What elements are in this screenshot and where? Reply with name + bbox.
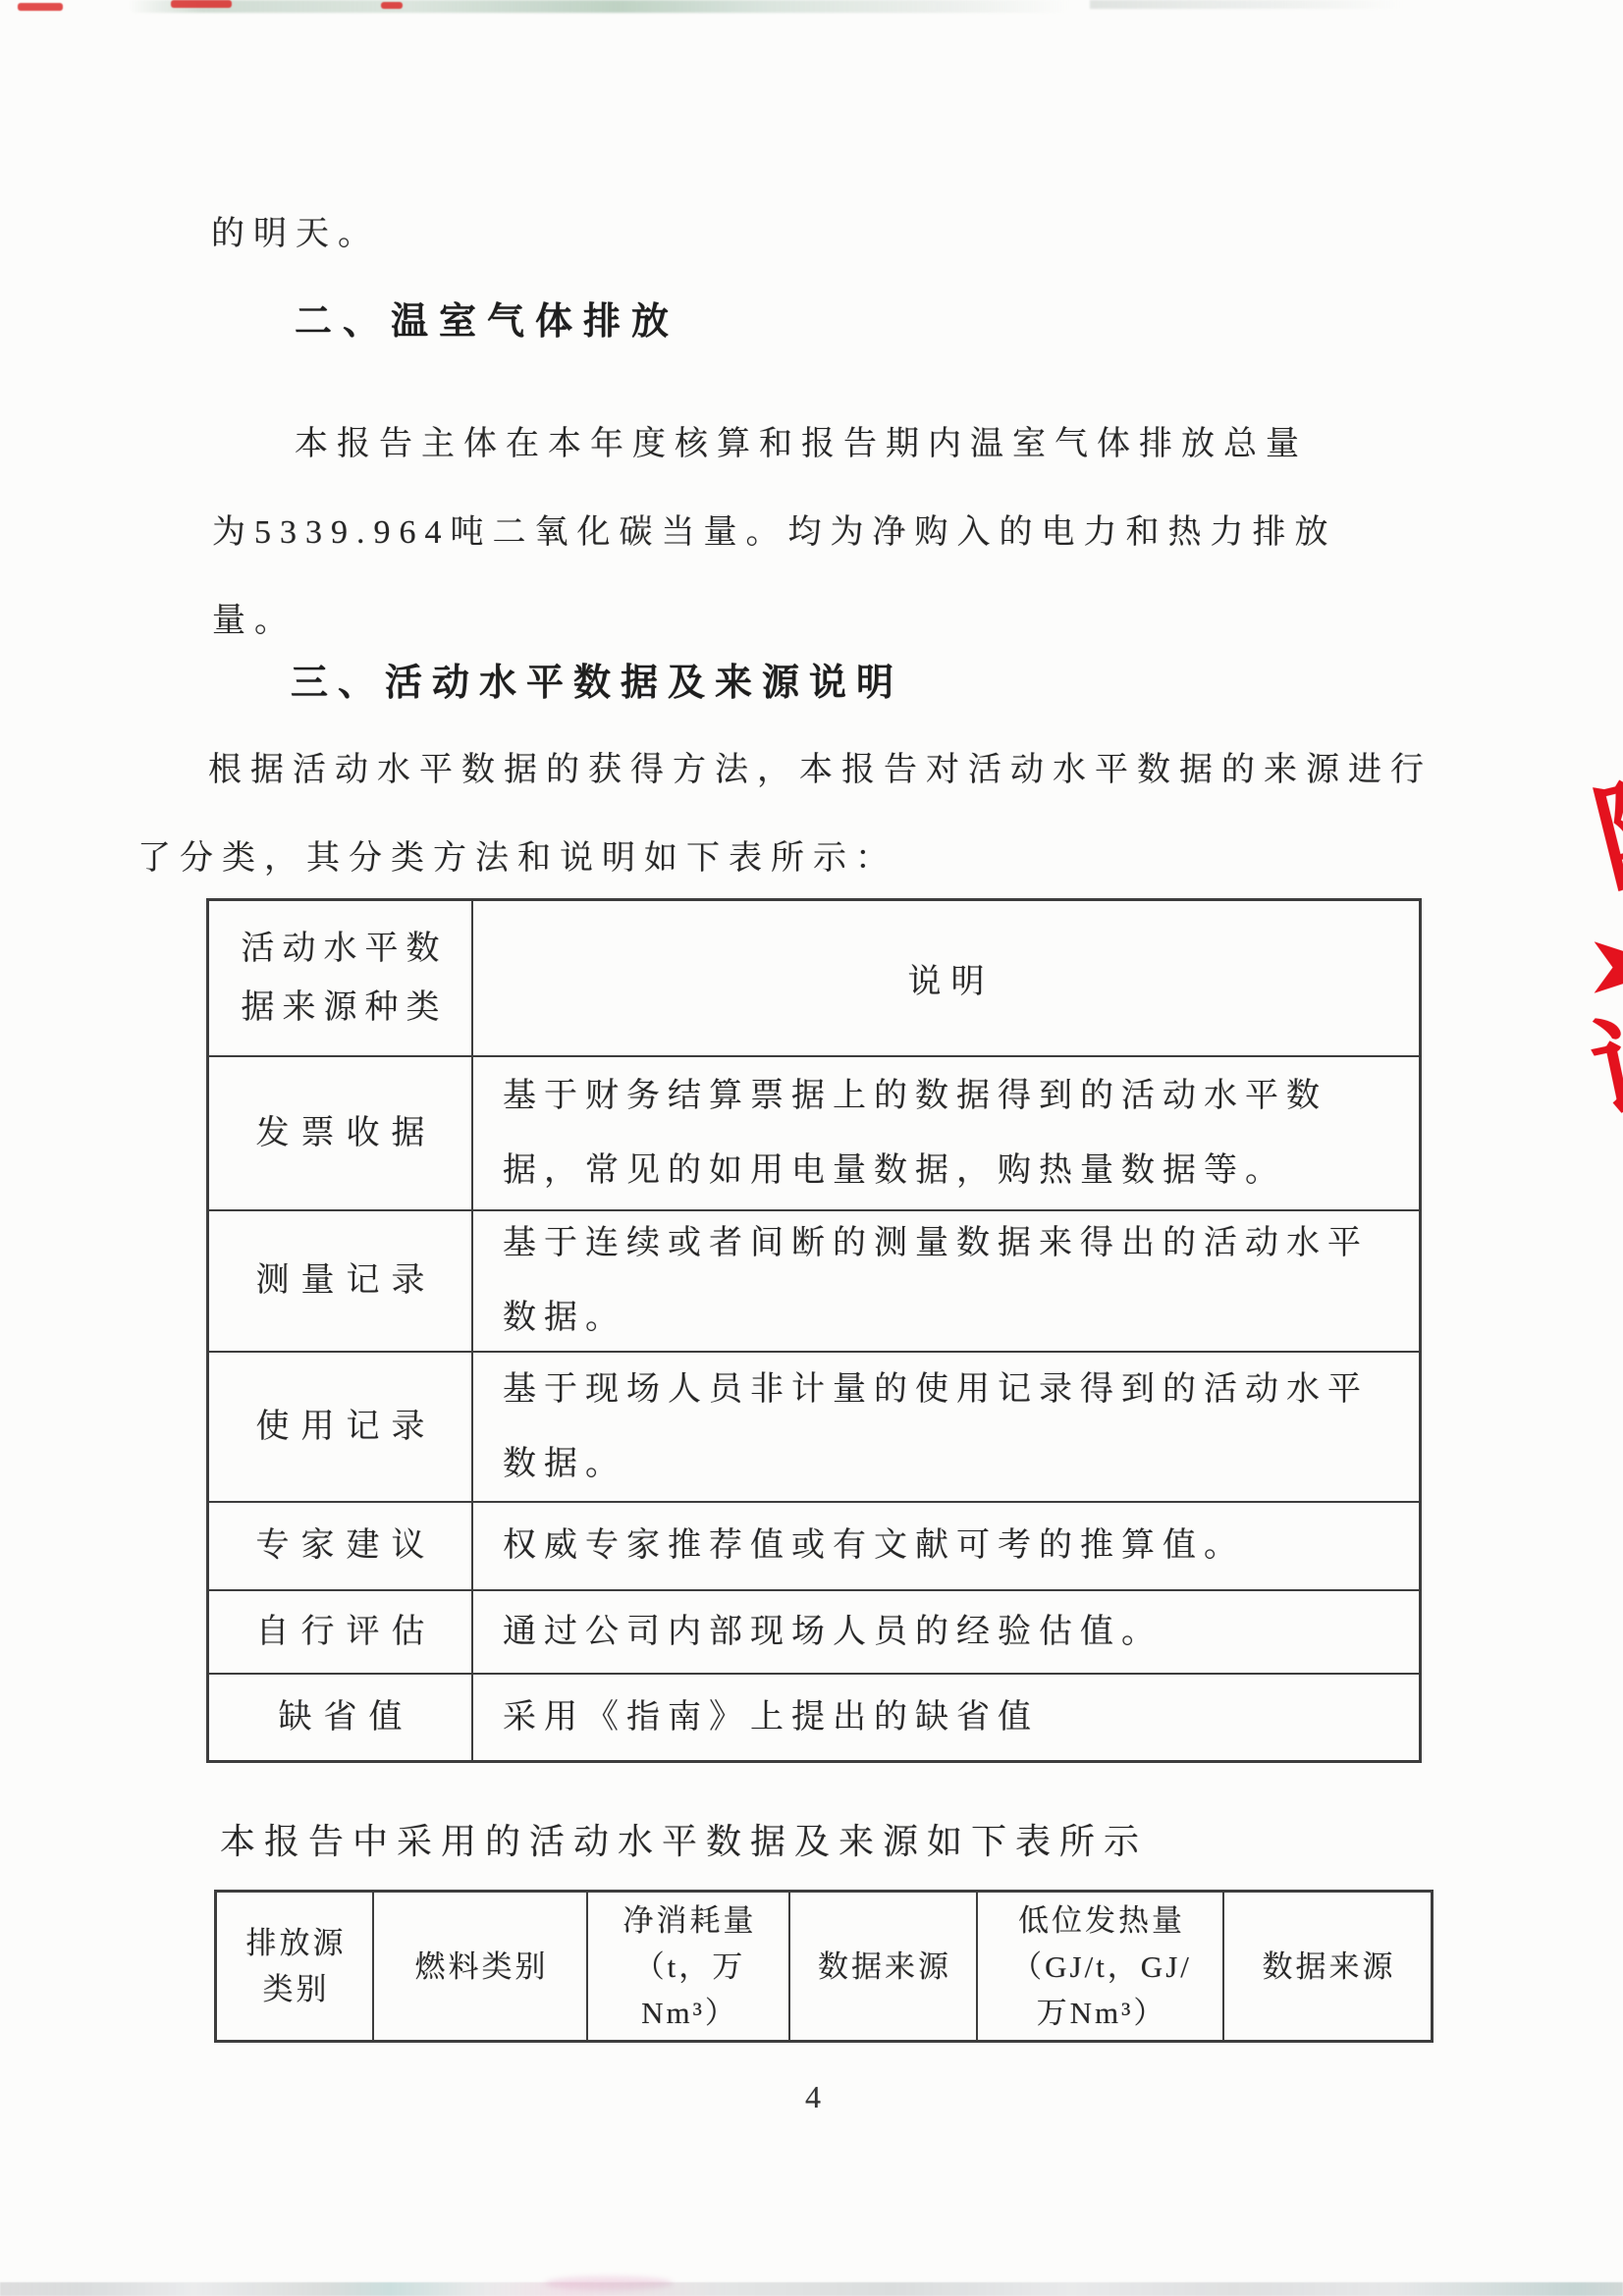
page-number: 4 [805, 2079, 821, 2115]
desc-line: 数据。 [503, 1427, 626, 1502]
row-label-text: 使用记录 [256, 1398, 437, 1457]
table2-header-data-source-2: 数据来源 [1222, 1893, 1431, 2040]
table1-row-label: 使用记录 [209, 1351, 471, 1501]
table1-row-description: 基于连续或者间断的测量数据来得出的活动水平 数据。 [471, 1209, 1419, 1351]
scan-red-mark-icon [171, 0, 232, 8]
scan-red-mark-icon [18, 3, 63, 11]
table1-row-label: 发票收据 [209, 1055, 471, 1209]
table1-header-description-label: 说明 [908, 954, 995, 1002]
scan-smudge-top-right [1090, 0, 1404, 9]
desc-line: 基于连续或者间断的测量数据来得出的活动水平 [503, 1209, 1369, 1281]
section-heading-2: 二、温室气体排放 [295, 291, 679, 345]
header-line: （t，万 [634, 1944, 746, 1990]
header-line: 排放源 [246, 1920, 347, 1966]
table1-row-description: 通过公司内部现场人员的经验估值。 [471, 1589, 1419, 1673]
header-line: 数据来源 [818, 1944, 951, 1990]
header-line: 类别 [263, 1966, 330, 2012]
row-label-text: 发票收据 [256, 1104, 437, 1163]
red-stamp-fragment-icon: 让 [1583, 1001, 1623, 1132]
table2-caption: 本报告中采用的活动水平数据及来源如下表所示 [220, 1814, 1148, 1864]
desc-line: 权威专家推荐值或有文献可考的推算值。 [503, 1509, 1245, 1583]
row-label-text: 专家建议 [256, 1517, 437, 1575]
table1-header-category-line1: 活动水平数 [242, 920, 448, 979]
table1-row-description: 基于财务结算票据上的数据得到的活动水平数 据，常见的如用电量数据，购热量数据等。 [471, 1055, 1419, 1209]
scan-strip-bottom [0, 2282, 1623, 2296]
table1-row-label: 专家建议 [209, 1501, 471, 1589]
table1-header-category: 活动水平数 据来源种类 [209, 901, 471, 1055]
header-line: 燃料类别 [415, 1944, 549, 1990]
header-line: 万Nm³） [1037, 1990, 1167, 2036]
desc-line: 基于财务结算票据上的数据得到的活动水平数 [503, 1059, 1327, 1134]
table1-row-description: 权威专家推荐值或有文献可考的推算值。 [471, 1501, 1419, 1589]
header-line: Nm³） [641, 1990, 738, 2036]
desc-line: 基于现场人员非计量的使用记录得到的活动水平 [503, 1353, 1369, 1427]
header-line: 净消耗量 [623, 1897, 757, 1944]
table1-row-description: 基于现场人员非计量的使用记录得到的活动水平 数据。 [471, 1351, 1419, 1501]
table1-header-category-line2: 据来源种类 [242, 979, 448, 1038]
paragraph-2-line-2: 了分类，其分类方法和说明如下表所示： [137, 830, 897, 879]
table2-header-fuel-type: 燃料类别 [372, 1893, 586, 2040]
header-line: （GJ/t，GJ/ [1011, 1944, 1192, 1990]
desc-line: 采用《指南》上提出的缺省值 [503, 1681, 1039, 1755]
row-label-text: 自行评估 [256, 1603, 437, 1662]
activity-data-source-table: 活动水平数 据来源种类 说明 发票收据 基于财务结算票据上的数据得到的活动水平数… [206, 898, 1422, 1763]
scanned-document-page: 的明天。 二、温室气体排放 本报告主体在本年度核算和报告期内温室气体排放总量 为… [0, 0, 1623, 2296]
table2-header-data-source-1: 数据来源 [788, 1893, 976, 2040]
table2-header-net-consumption: 净消耗量 （t，万 Nm³） [586, 1893, 788, 2040]
scan-smudge-top [128, 0, 1070, 13]
scan-smudge-bottom-pink [545, 2276, 673, 2290]
desc-line: 据，常见的如用电量数据，购热量数据等。 [503, 1134, 1286, 1208]
paragraph-2-line-1: 根据活动水平数据的获得方法，本报告对活动水平数据的来源进行 [208, 742, 1433, 790]
header-line: 数据来源 [1263, 1944, 1396, 1990]
table1-header-description: 说明 [471, 901, 1419, 1055]
desc-line: 数据。 [503, 1281, 626, 1351]
table2-header-emission-source: 排放源 类别 [217, 1893, 372, 2040]
red-stamp-fragment-icon: ★ [1574, 908, 1623, 1026]
paragraph-1-line-1: 本报告主体在本年度核算和报告期内温室气体排放总量 [295, 416, 1308, 464]
paragraph-tail-line: 的明天。 [211, 206, 380, 254]
section-heading-3: 三、活动水平数据及来源说明 [291, 652, 903, 706]
table2-header-calorific-value: 低位发热量 （GJ/t，GJ/ 万Nm³） [976, 1893, 1222, 2040]
table1-row-description: 采用《指南》上提出的缺省值 [471, 1673, 1419, 1760]
desc-line: 通过公司内部现场人员的经验估值。 [503, 1595, 1163, 1670]
table1-row-label: 自行评估 [209, 1589, 471, 1673]
activity-data-values-table: 排放源 类别 燃料类别 净消耗量 （t，万 Nm³） 数据来源 低位发热量 （G… [214, 1890, 1434, 2043]
paragraph-1-line-3: 量。 [212, 593, 297, 641]
red-stamp-fragment-icon: 阿 [1584, 761, 1623, 901]
table1-row-label: 测量记录 [209, 1209, 471, 1351]
row-label-text: 缺省值 [279, 1688, 414, 1747]
row-label-text: 测量记录 [256, 1252, 437, 1310]
header-line: 低位发热量 [1018, 1897, 1185, 1944]
paragraph-1-line-2: 为5339.964吨二氧化碳当量。均为净购入的电力和热力排放 [212, 505, 1337, 553]
table1-row-label: 缺省值 [209, 1673, 471, 1760]
scan-red-mark-icon [381, 2, 403, 9]
